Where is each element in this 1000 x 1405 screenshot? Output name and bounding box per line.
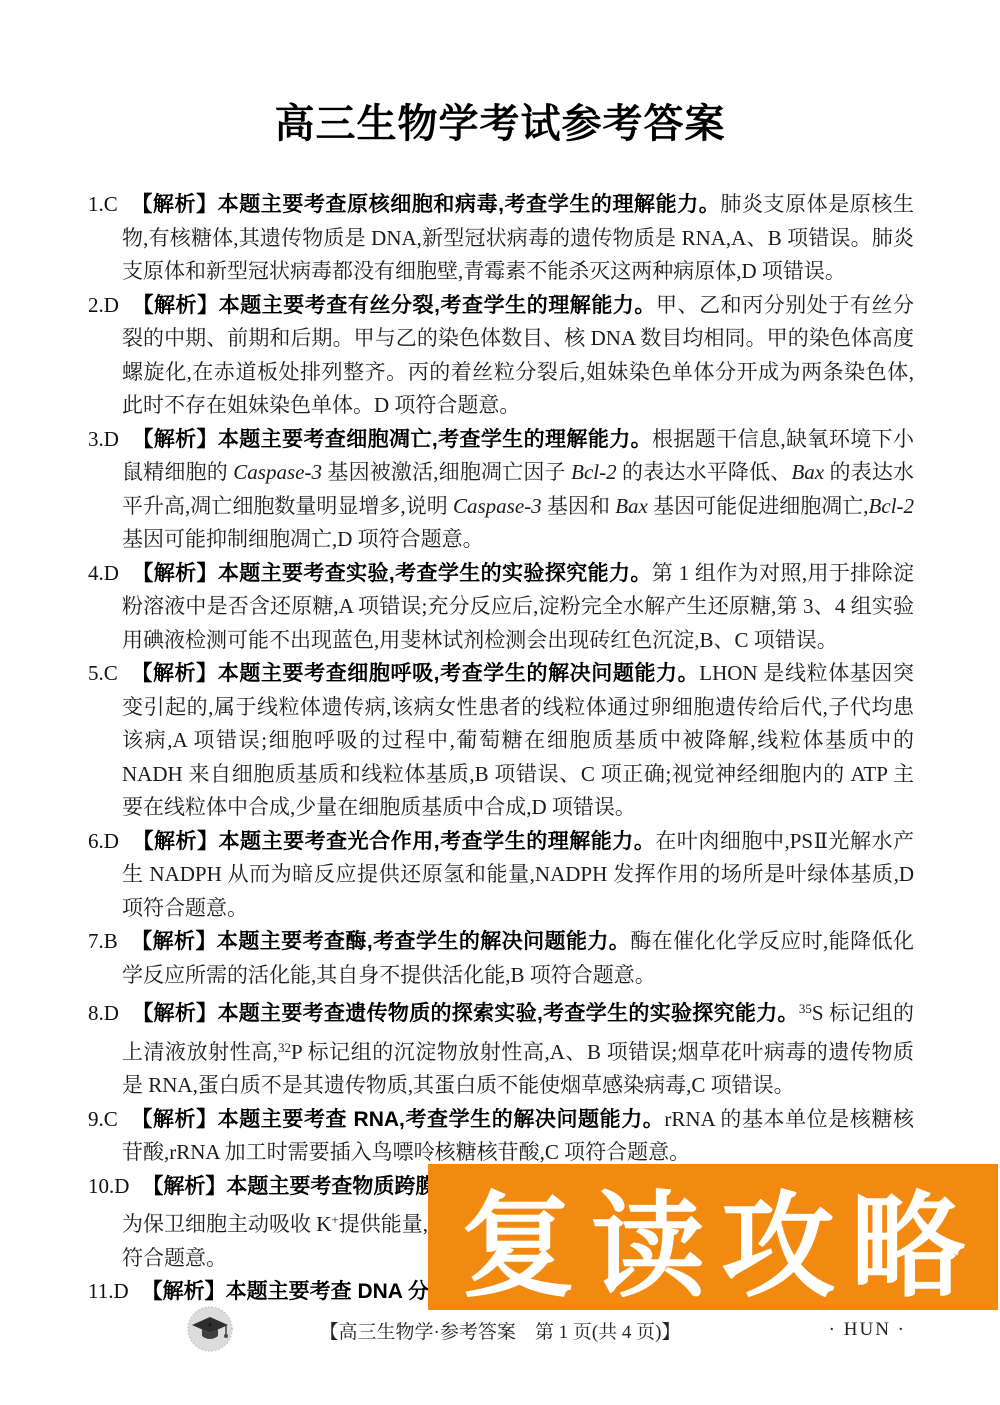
answer-sheet-page: 高三生物学考试参考答案 1.C【解析】本题主要考查原核细胞和病毒,考查学生的理解…	[0, 0, 1000, 1405]
answer-item: 2.D【解析】本题主要考查有丝分裂,考查学生的理解能力。甲、乙和丙分别处于有丝分…	[88, 289, 914, 423]
answer-line: 3.D【解析】本题主要考查细胞凋亡,考查学生的理解能力。根据题干信息,缺氧环境下…	[122, 423, 914, 557]
answer-line: 1.C【解析】本题主要考查原核细胞和病毒,考查学生的理解能力。肺炎支原体是原核生…	[122, 188, 914, 289]
answer-line: 5.C【解析】本题主要考查细胞呼吸,考查学生的解决问题能力。LHON 是线粒体基…	[122, 657, 914, 825]
question-number: 8.D	[88, 1001, 119, 1025]
answer-line: 2.D【解析】本题主要考查有丝分裂,考查学生的理解能力。甲、乙和丙分别处于有丝分…	[122, 289, 914, 423]
answer-line: 7.B【解析】本题主要考查酶,考查学生的解决问题能力。酶在催化化学反应时,能降低…	[122, 925, 914, 992]
answer-item: 1.C【解析】本题主要考查原核细胞和病毒,考查学生的理解能力。肺炎支原体是原核生…	[88, 188, 914, 289]
question-number: 10.D	[88, 1174, 129, 1198]
answer-line: 6.D【解析】本题主要考查光合作用,考查学生的理解能力。在叶肉细胞中,PSⅡ光解…	[122, 825, 914, 926]
question-number: 2.D	[88, 293, 119, 317]
question-number: 4.D	[88, 561, 119, 585]
answer-item: 4.D【解析】本题主要考查实验,考查学生的实验探究能力。第 1 组作为对照,用于…	[88, 557, 914, 658]
answer-item: 7.B【解析】本题主要考查酶,考查学生的解决问题能力。酶在催化化学反应时,能降低…	[88, 925, 914, 992]
page-title: 高三生物学考试参考答案	[0, 98, 1000, 150]
answer-line: 8.D【解析】本题主要考查遗传物质的探索实验,考查学生的实验探究能力。35S 标…	[122, 992, 914, 1103]
question-number: 5.C	[88, 661, 118, 685]
answer-item: 3.D【解析】本题主要考查细胞凋亡,考查学生的理解能力。根据题干信息,缺氧环境下…	[88, 423, 914, 557]
answer-item: 6.D【解析】本题主要考查光合作用,考查学生的理解能力。在叶肉细胞中,PSⅡ光解…	[88, 825, 914, 926]
question-number: 1.C	[88, 192, 118, 216]
footer-region-code: · HUN ·	[829, 1319, 906, 1341]
question-number: 11.D	[88, 1279, 129, 1303]
question-number: 7.B	[88, 929, 118, 953]
question-number: 9.C	[88, 1107, 118, 1131]
question-number: 6.D	[88, 829, 119, 853]
answer-line: 4.D【解析】本题主要考查实验,考查学生的实验探究能力。第 1 组作为对照,用于…	[122, 557, 914, 658]
answer-item: 8.D【解析】本题主要考查遗传物质的探索实验,考查学生的实验探究能力。35S 标…	[88, 992, 914, 1103]
question-number: 3.D	[88, 427, 119, 451]
answer-list: 1.C【解析】本题主要考查原核细胞和病毒,考查学生的理解能力。肺炎支原体是原核生…	[88, 188, 914, 1309]
answer-item: 5.C【解析】本题主要考查细胞呼吸,考查学生的解决问题能力。LHON 是线粒体基…	[88, 657, 914, 825]
promo-banner-overlay: 复读攻略	[428, 1164, 998, 1310]
promo-banner-text: 复读攻略	[445, 1155, 981, 1319]
